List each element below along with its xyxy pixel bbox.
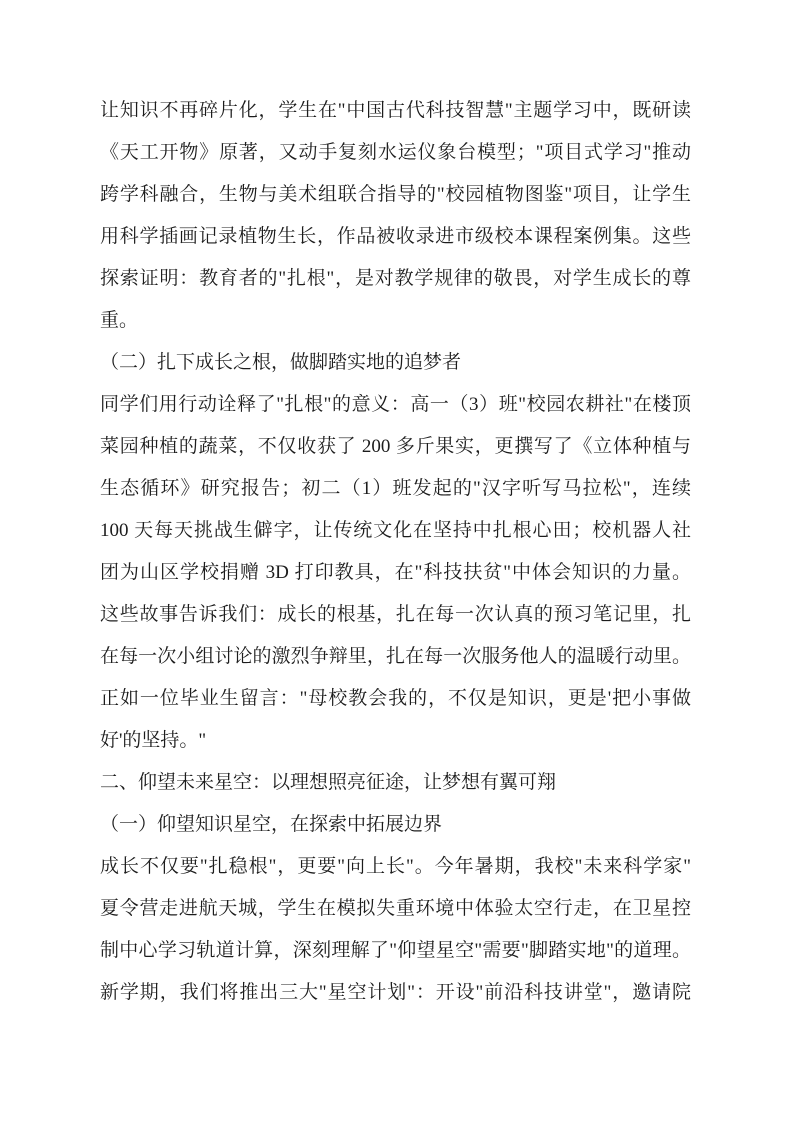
text-line-4: 用科学插画记录植物生长，作品被收录进市级校本课程案例集。这些 xyxy=(100,216,691,258)
document-page: 让知识不再碎片化，学生在"中国古代科技智慧"主题学习中，既研读《天工开物》原著，… xyxy=(0,0,793,1122)
text-line-15: 正如一位毕业生留言："母校教会我的，不仅是知识，更是'把小事做 xyxy=(100,678,691,720)
text-line-22: 新学期，我们将推出三大"星空计划"：开设"前沿科技讲堂"，邀请院 xyxy=(100,972,691,1014)
text-line-2: 《天工开物》原著，又动手复刻水运仪象台模型；"项目式学习"推动 xyxy=(100,132,691,174)
text-line-19: 成长不仅要"扎稳根"，更要"向上长"。今年暑期，我校"未来科学家" xyxy=(100,846,691,888)
text-line-1: 让知识不再碎片化，学生在"中国古代科技智慧"主题学习中，既研读 xyxy=(100,90,691,132)
text-line-12: 团为山区学校捐赠 3D 打印教具，在"科技扶贫"中体会知识的力量。 xyxy=(100,552,691,594)
text-line-11: 100 天每天挑战生僻字，让传统文化在坚持中扎根心田；校机器人社 xyxy=(100,510,691,552)
text-line-8: 同学们用行动诠释了"扎根"的意义：高一（3）班"校园农耕社"在楼顶 xyxy=(100,384,691,426)
text-line-7: （二）扎下成长之根，做脚踏实地的追梦者 xyxy=(100,342,691,384)
text-line-20: 夏令营走进航天城，学生在模拟失重环境中体验太空行走，在卫星控 xyxy=(100,888,691,930)
text-content: 让知识不再碎片化，学生在"中国古代科技智慧"主题学习中，既研读《天工开物》原著，… xyxy=(100,90,691,1014)
text-line-9: 菜园种植的蔬菜，不仅收获了 200 多斤果实，更撰写了《立体种植与 xyxy=(100,426,691,468)
text-line-16: 好'的坚持。" xyxy=(100,720,691,762)
text-line-10: 生态循环》研究报告；初二（1）班发起的"汉字听写马拉松"，连续 xyxy=(100,468,691,510)
text-line-18: （一）仰望知识星空，在探索中拓展边界 xyxy=(100,804,691,846)
text-line-21: 制中心学习轨道计算，深刻理解了"仰望星空"需要"脚踏实地"的道理。 xyxy=(100,930,691,972)
text-line-5: 探索证明：教育者的"扎根"，是对教学规律的敬畏，对学生成长的尊 xyxy=(100,258,691,300)
text-line-6: 重。 xyxy=(100,300,691,342)
text-line-17: 二、仰望未来星空：以理想照亮征途，让梦想有翼可翔 xyxy=(100,762,691,804)
text-line-3: 跨学科融合，生物与美术组联合指导的"校园植物图鉴"项目，让学生 xyxy=(100,174,691,216)
text-line-14: 在每一次小组讨论的激烈争辩里，扎在每一次服务他人的温暖行动里。 xyxy=(100,636,691,678)
text-line-13: 这些故事告诉我们：成长的根基，扎在每一次认真的预习笔记里，扎 xyxy=(100,594,691,636)
